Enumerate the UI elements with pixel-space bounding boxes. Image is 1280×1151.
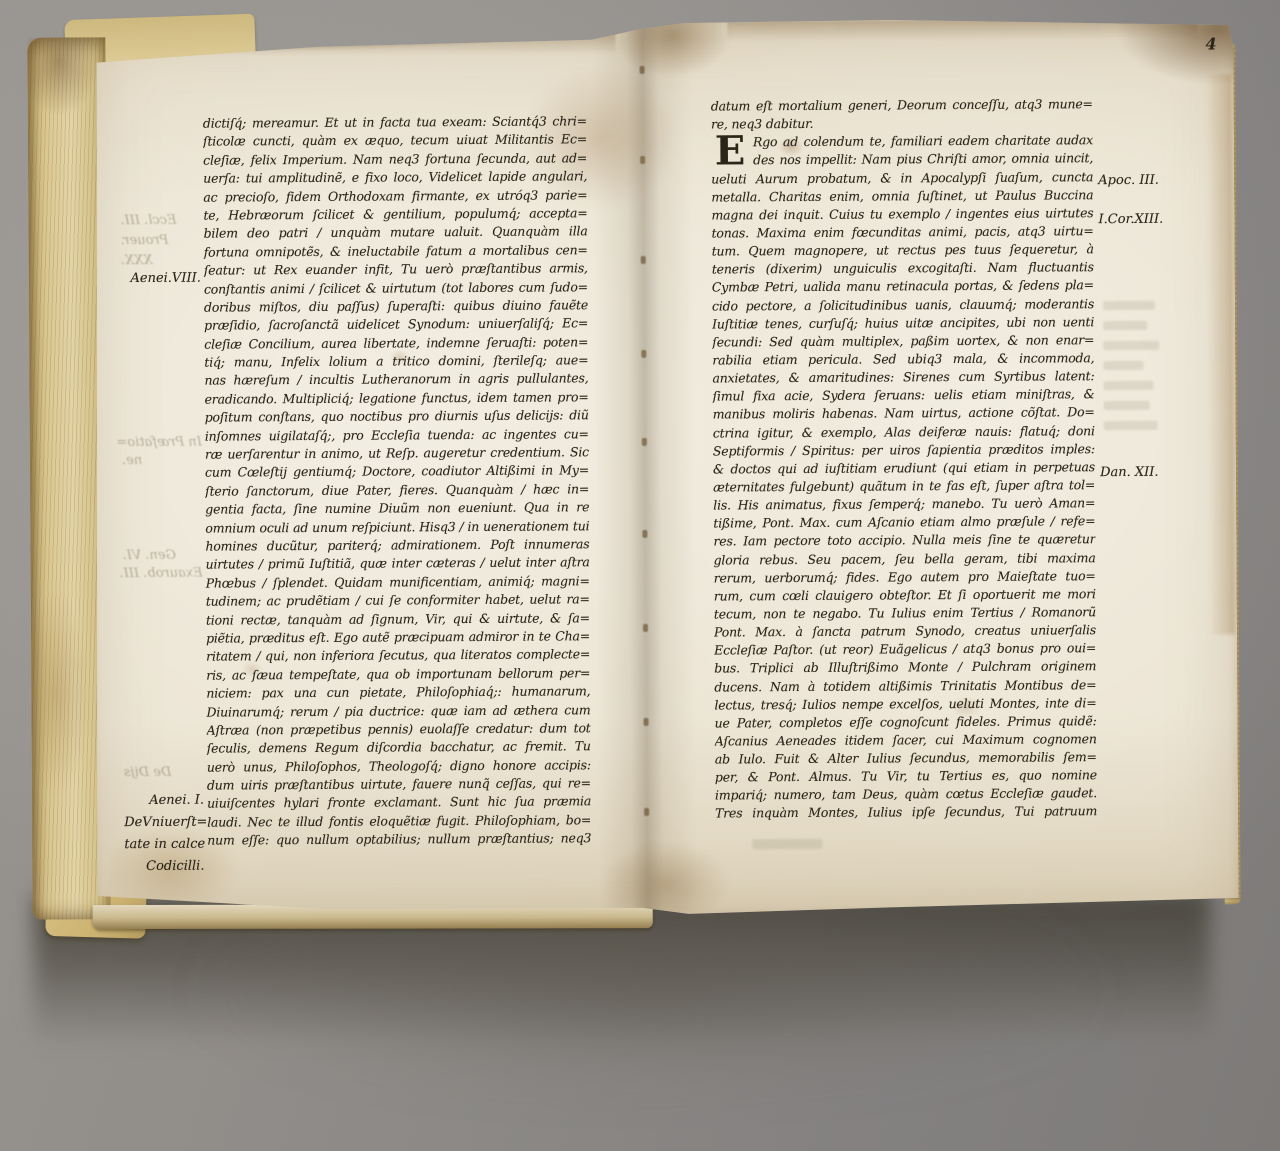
text-line: nas hæreſum / incultis Lutheranorum in a… [204,370,588,391]
text-line: num eſſe: quo nullum optabilius; nullum … [207,829,591,850]
text-line: dictiſq́; mereamur. Et ut in facta tua e… [203,112,587,133]
text-line: gloria rebus. Seu pacem, ſeu bella geram… [714,549,1096,569]
text-line: doribus miſtos, diu paſſus) ſuperaſti: q… [204,296,588,317]
open-pages: Eccl. III.Prouer.XXX.Aenei.VIII.In Præfa… [87,14,1238,919]
text-line: rum, cum cœli clauigero obteſtor. Et ſi … [714,585,1096,605]
text-line: ueluti Aurum probatum, & in Apocalypſi ſ… [711,168,1093,188]
text-line: bus. Triplici ab Illuſtrißimo Monte / Pu… [714,658,1096,678]
text-line: ue Pater, completos eſſe cognoſcunt fide… [715,712,1097,732]
sewing-dot [640,156,645,164]
sewing-dot [644,718,649,726]
text-line: des nos impellit: Nam pius Chriſti amor,… [711,150,1093,170]
sewing-dot [641,256,646,264]
margin-note-show-through: Gen. VI. [122,548,202,563]
text-line: impariq́; numero, tam Deus, quàm cœtus E… [715,785,1097,805]
margin-note: Dan. XII. [1100,464,1220,480]
text-line: ſecundi: Sed quàm multiplex, paßim uorte… [712,331,1094,351]
text-line: cido pectore, a ſolicitudinibus uanis, c… [712,295,1094,315]
book-soft-shadow [140,920,1160,1150]
text-line: ſeatur: ut Rex euander infit, Tu uerò pr… [204,259,588,280]
text-line: poſitum conſtans, quo noctibus pro diurn… [205,407,589,428]
text-line: magna dei inquit. Cuius tu exemplo / ing… [711,204,1093,224]
margin-note: Codicilli. [124,859,204,874]
show-through-smudge [752,839,822,849]
margin-note-show-through: Prouer. [121,233,201,248]
text-line: Pont. Max. à ſancta patrum Synodo, creat… [714,621,1096,641]
sewing-dot [643,624,648,632]
text-line: ræ uerſarentur in animo, ut Reſp. augere… [205,443,589,464]
text-line: ritatem / qui, non inferiora ſecutus, qu… [206,646,590,667]
margin-note-show-through: Exaurob. III. [123,566,203,581]
margin-note-show-through: In Præfatio= [122,435,202,450]
text-line: re, neq3 dabitur. [711,113,1093,133]
text-line: ac precioſo, fidem Orthodoxam firmante, … [203,186,587,207]
margin-note: Aenei. I. [124,793,204,808]
open-book: Eccl. III.Prouer.XXX.Aenei.VIII.In Præfa… [25,6,1239,925]
margin-note-show-through: ne. [122,453,202,468]
sewing-dot [644,808,649,816]
gutter-fold [592,18,697,917]
photo-scene: Eccl. III.Prouer.XXX.Aenei.VIII.In Præfa… [0,0,1280,1151]
text-line: Phœbus / ſplendet. Quidam munificentiam,… [206,572,590,593]
text-line: anxietates, & amaritudines: Sirenes cum … [712,367,1094,387]
text-line: cum Cœleſtij gentiumq́; Doctore, coadiut… [205,462,589,483]
text-line: Eccleſiæ Paſtor. (ut reor) Euãgelicus / … [714,639,1096,659]
text-line: ctrina igitur, & exemplo, Alas deiferæ n… [713,422,1095,442]
text-line: uiuiſcentes hylari fronte exclamant. Sun… [207,793,591,814]
text-line: tiq́; manu, Infelix lolium a tritico dom… [204,351,588,372]
text-line: præſidio, ſacroſanctã uidelicet Synodum:… [204,315,588,336]
text-line: ducens. Nam à totidem altißimis Trinitat… [714,676,1096,696]
text-line: ab Iulo. Fuit & Alter Iulius ſecundus, m… [715,748,1097,768]
left-margin-notes: Eccl. III.Prouer.XXX.Aenei.VIII.In Præfa… [119,21,204,919]
right-margin-notes: Apoc. III.I.Cor.XIII.Dan. XII. [1097,14,1222,913]
text-line: ris, ac ſæua tempeſtate, qua ob importun… [206,664,590,685]
text-line: bilem deo patri / unquàm mutare ualuit. … [204,223,588,244]
text-line: Diuinarumq́; rerum / pia ductrice: quæ i… [206,701,590,722]
text-line: Iuſtitiæ tenes, curſuſq́; huius uitæ anc… [712,313,1094,333]
text-line: omnium oculi ad unum reſpiciunt. Hisq3 /… [205,517,589,538]
text-line: eradicando. Multipliciq́; legatione func… [205,388,589,409]
text-line: lectus, tresq́; Iulios nempe excelſos, u… [714,694,1096,714]
text-line: conſtantis animi / ſcilicet & uirtutum (… [204,278,588,299]
margin-note: I.Cor.XIII. [1098,211,1218,227]
text-line: piẽtia, præditus eſt. Ego autẽ præcipuam… [206,627,590,648]
text-line: tißime, Pont. Max. cum Aſcanio etiam alm… [713,512,1095,532]
text-line: rerum, uerborumq́; fides. Ego autem pro … [714,567,1096,587]
left-page-text: dictiſq́; mereamur. Et ut in facta tua e… [203,112,591,850]
text-line: Aſtræa (non præpetibus pennis) euolaſſe … [207,719,591,740]
text-line: uerò unus, Philoſophos, Theologoſq́; dig… [207,756,591,777]
text-line: Rgo ad colendum te, familiari eadem char… [711,131,1093,151]
text-line: ſeculis, demens Regum diſcordia bacchatu… [207,738,591,759]
text-line: te, Hebræorum ſcilicet & gentilium, popu… [203,204,587,225]
text-line: lis. His animatus, fixus ſemperq́; maneb… [713,494,1095,514]
text-line: niciem: pax una cun pietate, Philoſophia… [206,682,590,703]
sewing-dot [642,530,647,538]
text-line: rabilia etiam pericula. Sed ubiq3 mala, … [712,349,1094,369]
text-line: Aſcanius Aeneades itidem ſacer, cui Maxi… [715,730,1097,750]
text-line: tonas. Maxima enim fœcunditas animi, pac… [712,222,1094,242]
text-line: tecum, non te negabo. Tu Iulius enim Ter… [714,603,1096,623]
sewing-dot [640,66,645,74]
text-line: tioni rectæ, tanquàm ad ſignum, Vir, qui… [206,609,590,630]
text-line: tum. Quem magnopere, ut rectus pes tuus … [712,240,1094,260]
dropcap-initial: E [711,133,749,171]
text-line: ſimul fixa acie, Sydera ſeruans: uelis e… [713,385,1095,405]
text-line: Septiformis / Spiritus: per uiros ſapien… [713,440,1095,460]
sewing-dot [641,350,646,358]
text-line: manibus moliris habenas. Nam uirtus, act… [713,404,1095,424]
text-line: teneris (dixerim) unguiculis excogitaſti… [712,258,1094,278]
page-number: 4 [1205,34,1216,53]
sewing-dot [642,438,647,446]
text-line: metalla. Charitas enim, omnia ſuſtinet, … [711,186,1093,206]
text-line: res. Iam pectore toto accipio. Nulla mei… [713,531,1095,551]
text-line: per, & Pont. Almus. Tu Vir, tu Tertius e… [715,766,1097,786]
margin-note: Apoc. III. [1098,172,1218,188]
text-line: laudi. Nec te illud fontis eloquẽtiæ fug… [207,811,591,832]
margin-note-show-through: Eccl. III. [120,213,200,228]
margin-note-show-through: XXX. [121,253,201,268]
right-page-text: datum eſt mortalium generi, Deorum conce… [711,95,1097,823]
text-line: Tres inquàm Montes, Iulius ipſe ſecundus… [715,803,1097,823]
text-line: fortuna omnipotẽs, & ineluctabile fatum … [204,241,588,262]
text-line: homines ducũtur, pariterq́; admirationem… [205,535,589,556]
text-line: æternitates fulgebunt) quãtum in te fas … [713,476,1095,496]
text-line: dum uiris præſtantibus uirtute, fauere n… [207,774,591,795]
text-line: cleſiæ Concilium, aurea libertate, indem… [204,333,588,354]
fore-edge-stain [27,37,106,157]
text-line: cleſiæ, felix Imperium. Nam neq3 fortuna… [203,149,587,170]
text-line: uerſa: tui amplitudinẽ, e fixo loco, Vid… [203,167,587,188]
text-line: gentia facta, ſine numine Diuũm non euen… [205,498,589,519]
text-line: tudinem; ac prudẽtiam / cui ſe conformit… [206,590,590,611]
text-line: inſomnes uigilataſq́;, pro Eccleſia tuen… [205,425,589,446]
text-line: ſticolæ cuncti, quàm ex æquo, tecum uiua… [203,131,587,152]
margin-note: DeVniuerſt= [124,815,204,830]
text-line: ſterio ſanctorum, diue Pater, fieres. Qu… [205,480,589,501]
text-line: Cymbæ Petri, ualida manu retinacula port… [712,277,1094,297]
text-line: uirtutes / primũ Iuſtitiã, quæ inter cæt… [206,554,590,575]
fore-edge-stain [31,573,102,813]
text-line: & doctos qui ad iuſtitiam erudiunt (qui … [713,458,1095,478]
margin-note: tate in calce [124,837,204,852]
margin-note: Aenei.VIII. [121,271,201,286]
margin-note-show-through: De Dijs [124,765,204,780]
text-line: datum eſt mortalium generi, Deorum conce… [711,95,1093,115]
